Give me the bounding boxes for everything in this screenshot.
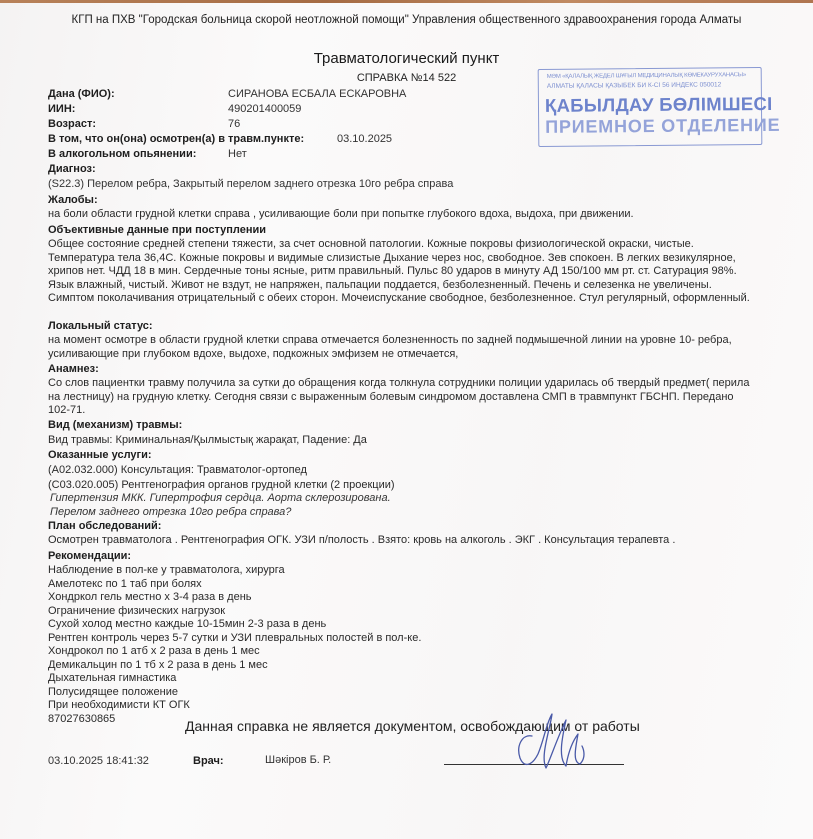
recommendation-item: При необходимисти КТ ОГК bbox=[48, 699, 421, 713]
recommendation-item: Наблюдение в пол-ке у травматолога, хиру… bbox=[48, 564, 421, 578]
anamnesis-line: Со слов пациентки травму получила за сут… bbox=[48, 377, 749, 391]
service-item: (A02.032.000) Консультация: Травматолог-… bbox=[48, 463, 395, 478]
recommendation-item: Дыхательная гимнастика bbox=[48, 672, 421, 686]
objective-line: Температура тела 36,4С. Кожные покровы и… bbox=[48, 252, 750, 266]
recommendation-item: Хондрокол по 1 атб х 2 раза в день 1 мес bbox=[48, 645, 421, 659]
anamnesis-line: 102-71. bbox=[48, 404, 749, 418]
recommendation-item: Рентген контроль через 5-7 сутки и УЗИ п… bbox=[48, 632, 421, 646]
objective-label: Объективные данные при поступлении bbox=[48, 224, 266, 236]
xray-result-line: Перелом заднего отрезка 10го ребра справ… bbox=[50, 506, 391, 520]
doctor-signature bbox=[510, 706, 590, 774]
table-edge bbox=[0, 0, 813, 3]
alcohol-label: В алкогольном опьянении: bbox=[48, 148, 196, 160]
recommendation-item: Демикальцин по 1 тб х 2 раза в день 1 ме… bbox=[48, 659, 421, 673]
anamnesis-label: Анамнез: bbox=[48, 363, 99, 375]
local-status-line: усиливающие при глубоком вдохе, выдохе, … bbox=[48, 348, 732, 362]
complaints-text: на боли области грудной клетки справа , … bbox=[48, 208, 634, 222]
stamp-line-2: АЛМАТЫ ҚАЛАСЫ ҚАЗЫБЕК БИ К-СІ 56 ИНДЕКС … bbox=[547, 81, 755, 90]
diagnosis-label: Диагноз: bbox=[48, 163, 96, 175]
print-timestamp: 03.10.2025 18:41:32 bbox=[48, 755, 149, 767]
anamnesis-text: Со слов пациентки травму получила за сут… bbox=[48, 377, 749, 418]
age-label: Возраст: bbox=[48, 118, 96, 130]
xray-result: Гипертензия МКК. Гипертрофия сердца. Аор… bbox=[50, 492, 391, 519]
department-stamp: МӘМ «ҚАЛАЛЫҚ ЖЕДЕЛ ШҰҒЫЛ МЕДИЦИНАЛЫҚ КӨМ… bbox=[538, 67, 763, 147]
exam-date-value: 03.10.2025 bbox=[337, 133, 392, 145]
patient-name-value: СИРАНОВА ЕСБАЛА ЕСКАРОВНА bbox=[228, 88, 406, 100]
stamp-title-ru: ПРИЕМНОЕ ОТДЕЛЕНИЕ bbox=[545, 115, 780, 137]
recommendation-item: Сухой холод местно каждые 10-15мин 2-3 р… bbox=[48, 618, 421, 632]
iin-label: ИИН: bbox=[48, 103, 75, 115]
services-label: Оказанные услуги: bbox=[48, 449, 152, 461]
objective-text: Общее состояние средней степени тяжести,… bbox=[48, 238, 750, 306]
recommendations-list: Наблюдение в пол-ке у травматолога, хиру… bbox=[48, 564, 421, 726]
injury-type-label: Вид (механизм) травмы: bbox=[48, 419, 182, 431]
complaints-label: Жалобы: bbox=[48, 194, 98, 206]
exam-date-label: В том, что он(она) осмотрен(а) в травм.п… bbox=[48, 133, 304, 145]
recommendation-item: Полусидящее положение bbox=[48, 686, 421, 700]
exam-plan-text: Осмотрен травматолога . Рентгенография О… bbox=[48, 534, 675, 548]
objective-line: Симптом поколачивания отрицательный с об… bbox=[48, 292, 750, 306]
objective-line: Общее состояние средней степени тяжести,… bbox=[48, 238, 750, 252]
service-item: (C03.020.005) Рентгенография органов гру… bbox=[48, 478, 395, 493]
exam-plan-label: План обследований: bbox=[48, 520, 161, 532]
age-value: 76 bbox=[228, 118, 240, 130]
iin-value: 490201400059 bbox=[228, 103, 301, 115]
anamnesis-line: на лестницу) на грудную клетку. Сегодня … bbox=[48, 391, 749, 405]
doctor-name: Шәкіров Б. Р. bbox=[265, 754, 331, 766]
injury-type-text: Вид травмы: Криминальная/Қылмыстық жарақ… bbox=[48, 434, 367, 448]
xray-result-line: Гипертензия МКК. Гипертрофия сердца. Аор… bbox=[50, 492, 391, 506]
local-status-text: на момент осмотре в области грудной клет… bbox=[48, 334, 732, 361]
recommendation-item: Ограничение физических нагрузок bbox=[48, 605, 421, 619]
local-status-label: Локальный статус: bbox=[48, 320, 153, 332]
objective-line: Язык влажный, чистый. Живот не вздут, не… bbox=[48, 279, 750, 293]
alcohol-value: Нет bbox=[228, 148, 247, 160]
local-status-line: на момент осмотре в области грудной клет… bbox=[48, 334, 732, 348]
recommendation-item: Амелотекс по 1 таб при болях bbox=[48, 578, 421, 592]
doctor-label: Врач: bbox=[193, 755, 224, 767]
recommendation-item: Хондркол гель местно х 3-4 раза в день bbox=[48, 591, 421, 605]
recommendations-label: Рекомендации: bbox=[48, 550, 131, 562]
patient-name-label: Дана (ФИО): bbox=[48, 88, 115, 100]
stamp-title-kz: ҚАБЫЛДАУ БӨЛІМШЕСІ bbox=[545, 93, 773, 117]
diagnosis-text: (S22.3) Перелом ребра, Закрытый перелом … bbox=[48, 178, 453, 190]
organization-header: КГП на ПХВ "Городская больница скорой не… bbox=[0, 14, 813, 26]
document-title: Травматологический пункт bbox=[0, 50, 813, 67]
objective-line: хрипов нет. ЧДД 18 в мин. Сердечные тоны… bbox=[48, 265, 750, 279]
stamp-line-1: МӘМ «ҚАЛАЛЫҚ ЖЕДЕЛ ШҰҒЫЛ МЕДИЦИНАЛЫҚ КӨМ… bbox=[547, 72, 755, 80]
services-list: (A02.032.000) Консультация: Травматолог-… bbox=[48, 463, 395, 492]
